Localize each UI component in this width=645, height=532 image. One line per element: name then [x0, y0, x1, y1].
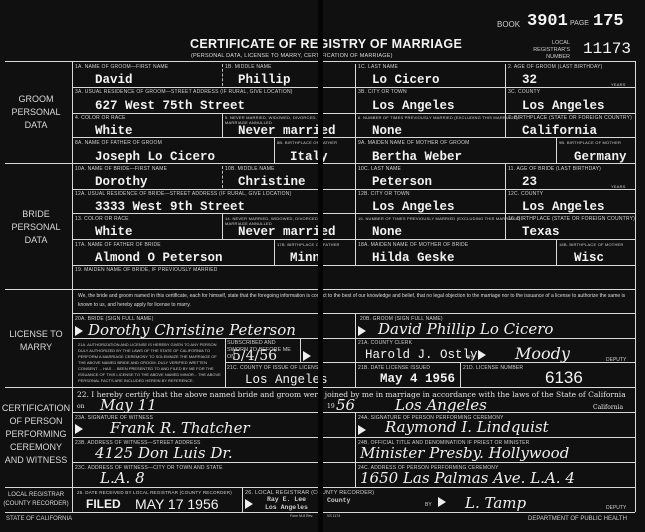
license-statement: We, the bride and groom named in this ce… — [78, 292, 628, 310]
on-label: on — [77, 403, 84, 410]
clerk-by-label: BY — [467, 355, 474, 361]
county-clerk-label: 21a. COUNTY CLERK — [358, 340, 412, 346]
groom-last-name-label: 1c. LAST NAME — [358, 64, 398, 70]
year-prefix: 19 — [327, 403, 335, 410]
groom-city: Los Angeles — [372, 99, 455, 113]
bride-last-name-label: 10c. LAST NAME — [358, 166, 401, 172]
groom-mother: Bertha Weber — [372, 150, 462, 164]
county-issue-label: 21c. COUNTY OF ISSUE OF LICENSE — [227, 365, 322, 371]
bride-mother: Hilda Geske — [372, 251, 455, 265]
clerk-arrow-icon — [303, 351, 311, 361]
groom-birthplace-label: 7. BIRTHPLACE (STATE OR FOREIGN COUNTRY) — [508, 115, 632, 121]
groom-sign-arrow-icon — [358, 326, 366, 336]
registrar-deputy-label: DEPUTY — [606, 505, 626, 511]
registrar-deputy-arrow-icon — [438, 497, 446, 507]
registrar-county: County — [327, 497, 350, 504]
registrar-place: Los Angeles — [265, 504, 308, 511]
groom-mother-label: 9a. MAIDEN NAME OF MOTHER OF GROOM — [358, 140, 470, 146]
bride-county: Los Angeles — [522, 200, 605, 214]
registrar-deputy-signature: L. Tamp — [465, 494, 526, 512]
groom-county-label: 3c. COUNTY — [508, 89, 540, 95]
registrar-arrow-icon — [245, 499, 253, 509]
sworn-date: 5/4/56 — [232, 348, 277, 364]
bride-birthplace: Texas — [522, 225, 560, 239]
witness-arrow-icon — [75, 424, 83, 434]
deputy-arrow-icon — [478, 350, 486, 360]
bride-race-label: 13. COLOR OR RACE — [75, 216, 129, 222]
groom-signature: David Phillip Lo Cicero — [378, 320, 553, 338]
bride-residence: 3333 West 9th Street — [95, 200, 245, 214]
groom-mother-birthplace-label: 9b. BIRTHPLACE OF MOTHER — [559, 140, 621, 145]
bride-middle-name: Christine — [238, 175, 306, 189]
section-local-registrar-label: LOCAL REGISTRAR (COUNTY RECORDER) — [0, 491, 72, 509]
section-license-label: LICENSE TO MARRY — [0, 328, 72, 354]
bride-mother-birthplace-label: 18b. BIRTHPLACE OF MOTHER — [559, 242, 624, 247]
bride-father-birthplace-label: 17b. BIRTHPLACE OF FATHER — [277, 242, 340, 247]
groom-residence-label: 3a. USUAL RESIDENCE OF GROOM—STREET ADDR… — [75, 89, 293, 95]
state-label: STATE OF CALIFORNIA — [6, 516, 72, 522]
bride-signature: Dorothy Christine Peterson — [88, 321, 296, 339]
bride-times-married: None — [372, 225, 402, 239]
groom-times-married: None — [372, 124, 402, 138]
bride-times-married-label: 15. NUMBER OF TIMES PREVIOUSLY MARRIED (… — [358, 216, 520, 221]
officiant-address: 1650 Las Palmas Ave. L.A. 4 — [360, 469, 575, 487]
form-code: VS 1174 — [327, 514, 340, 518]
groom-age: 32 — [522, 73, 537, 87]
state-california-label: California — [593, 404, 623, 411]
bride-city-label: 12b. CITY OR TOWN — [358, 191, 410, 197]
clerk-deputy-label: DEPUTY — [606, 357, 626, 363]
book-number: 3901 — [527, 12, 568, 31]
license-number: 6136 — [545, 368, 583, 388]
bride-county-label: 12c. COUNTY — [508, 191, 543, 197]
bride-middle-name-label: 10b. MIDDLE NAME — [225, 166, 275, 172]
department-label: DEPARTMENT OF PUBLIC HEALTH — [528, 516, 627, 522]
license-number-label: 21d. LICENSE NUMBER — [463, 365, 523, 371]
groom-age-label: 2. AGE OF GROOM (LAST BIRTHDAY) — [508, 64, 603, 70]
license-authorization-text: 21a. Authorization and license is hereby… — [78, 342, 221, 384]
ceremony-date: May 11 — [100, 396, 157, 414]
certificate-subtitle: (PERSONAL DATA, LICENSE TO MARRY, CERTIF… — [191, 53, 393, 59]
bride-first-name: Dorothy — [95, 175, 148, 189]
groom-first-name-label: 1a. NAME OF GROOM—FIRST NAME — [75, 64, 168, 70]
bride-race: White — [95, 225, 133, 239]
local-registrar-number: 11173 — [583, 40, 631, 58]
marriage-certificate: CERTIFICATE OF REGISTRY OF MARRIAGE (PER… — [0, 0, 645, 532]
groom-city-label: 3b. CITY OR TOWN — [358, 89, 407, 95]
groom-birthplace: California — [522, 124, 597, 138]
groom-first-name: David — [95, 73, 133, 87]
date-received-label: 25. DATE RECEIVED BY LOCAL REGISTRAR (CO… — [77, 490, 232, 495]
officiant-title: Minister Presby. Hollywood — [360, 444, 569, 462]
ceremony-place: Los Angeles — [395, 396, 487, 414]
witness-signature: Frank R. Thatcher — [110, 419, 250, 437]
groom-residence: 627 West 75th Street — [95, 99, 245, 113]
certificate-title: CERTIFICATE OF REGISTRY OF MARRIAGE — [190, 37, 462, 51]
groom-race-label: 4. COLOR OR RACE — [75, 115, 126, 121]
groom-last-name: Lo Cicero — [372, 73, 440, 87]
filed-date: MAY 17 1956 — [135, 496, 219, 512]
page-fold — [318, 0, 323, 532]
groom-county: Los Angeles — [522, 99, 605, 113]
bride-sign-arrow-icon — [75, 326, 83, 336]
bride-age: 23 — [522, 175, 537, 189]
bride-father-label: 17a. NAME OF FATHER OF BRIDE — [75, 242, 161, 248]
date-issued: May 4 1956 — [380, 372, 455, 386]
groom-father: Joseph Lo Cicero — [95, 150, 215, 164]
book-label: BOOK — [497, 20, 520, 29]
groom-times-married-label: 6. NUMBER OF TIMES PREVIOUSLY MARRIED (E… — [358, 115, 518, 120]
section-certification-label: CERTIFICATION OF PERSON PERFORMING CEREM… — [0, 402, 72, 467]
local-registrar-label: 26. LOCAL REGISTRAR (COUNTY RECORDER) — [245, 490, 374, 496]
registrar-name: Ray E. Lee — [267, 496, 306, 503]
year-suffix: 56 — [336, 396, 355, 414]
bride-city: Los Angeles — [372, 200, 455, 214]
section-groom-label: GROOM PERSONAL DATA — [0, 93, 72, 132]
bride-last-name: Peterson — [372, 175, 432, 189]
page-number: 175 — [593, 12, 624, 31]
groom-race: White — [95, 124, 133, 138]
groom-years-label: YEARS — [611, 82, 626, 87]
registrar-by-label: BY — [425, 502, 432, 508]
groom-middle-name-label: 1b. MIDDLE NAME — [225, 64, 272, 70]
bride-maiden-name-label: 19. MAIDEN NAME OF BRIDE, IF PREVIOUSLY … — [75, 267, 218, 273]
bride-years-label: YEARS — [611, 184, 626, 189]
bride-age-label: 11. AGE OF BRIDE (LAST BIRTHDAY) — [508, 166, 601, 172]
bride-first-name-label: 10a. NAME OF BRIDE—FIRST NAME — [75, 166, 167, 172]
filed-label: FILED — [86, 497, 121, 511]
date-issued-label: 21b. DATE LICENSE ISSUED — [358, 365, 430, 371]
groom-middle-name: Phillip — [238, 73, 291, 87]
witness-city: L.A. 8 — [100, 469, 145, 487]
bride-mother-label: 18a. MAIDEN NAME OF MOTHER OF BRIDE — [358, 242, 468, 248]
bride-residence-label: 12a. USUAL RESIDENCE OF BRIDE—STREET ADD… — [75, 191, 291, 197]
officiant-arrow-icon — [358, 425, 366, 435]
local-registrar-number-label: LOCAL REGISTRAR'S NUMBER — [520, 40, 570, 61]
clerk-deputy-signature: Moody — [515, 344, 570, 363]
groom-mother-birthplace: Germany — [574, 150, 627, 164]
bride-birthplace-label: 16. BIRTHPLACE (STATE OR FOREIGN COUNTRY… — [508, 216, 635, 222]
officiant-signature: Raymond I. Lindquist — [385, 418, 549, 436]
county-issue: Los Angeles — [245, 373, 328, 387]
page-label: PAGE — [570, 20, 589, 27]
bride-father: Almond O Peterson — [95, 251, 223, 265]
section-bride-label: BRIDE PERSONAL DATA — [0, 208, 72, 247]
bride-father-birthplace: Minn — [290, 251, 320, 265]
county-clerk: Harold J. Ostly — [365, 348, 478, 362]
form-note: Form M-8 Rev. — [290, 514, 313, 518]
witness-street: 4125 Don Luis Dr. — [95, 444, 233, 462]
groom-father-label: 8a. NAME OF FATHER OF GROOM — [75, 140, 162, 146]
groom-father-birthplace-label: 8b. BIRTHPLACE OF FATHER — [277, 140, 337, 145]
witness-city-label: 23c. ADDRESS OF WITNESS—CITY OR TOWN AND… — [75, 465, 223, 471]
bride-mother-birthplace: Wisc — [574, 251, 604, 265]
